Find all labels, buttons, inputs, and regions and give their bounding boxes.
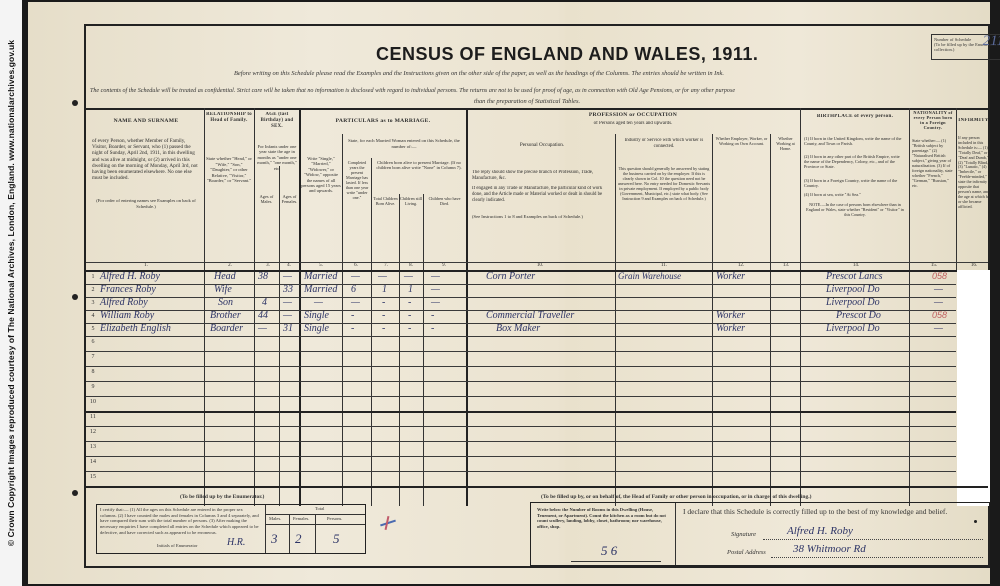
- relationship: Boarder: [210, 323, 243, 334]
- confidential-line: The contents of the Schedule will be tre…: [90, 88, 735, 94]
- relationship: Head: [214, 271, 236, 282]
- total-males: 3: [271, 531, 278, 547]
- col-nationality-desc: State whether:— (1) "British subject by …: [912, 138, 954, 188]
- col-personal-desc-3: (See Instructions 1 to 8 and Examples on…: [472, 214, 612, 220]
- confidential-line-2: than the preparation of Statistical Tabl…: [474, 98, 580, 105]
- col-relationship-desc: State whether "Head," or "Wife," "Son," …: [206, 156, 252, 184]
- relationship: Wife: [214, 284, 232, 295]
- employment-status: Worker: [716, 323, 745, 334]
- col-marriage-status-desc: Write "Single," "Married," "Widower," or…: [301, 156, 341, 194]
- birthplace: Prescot Lancs: [826, 271, 883, 282]
- col-infirmity-title: INFIRMITY.: [958, 118, 990, 124]
- col-marriage-women-desc: State, for each Married Woman entered on…: [344, 138, 464, 149]
- copyright-notice: © Crown Copyright Images reproduced cour…: [6, 40, 16, 546]
- col-employer: Whether Employer, Worker, or Working on …: [714, 136, 769, 146]
- enumerator-certify: I certify that:— (1) All the ages on thi…: [100, 507, 260, 536]
- instruction-line: Before writing on this Schedule please r…: [234, 70, 724, 77]
- col-relationship-title: RELATIONSHIP to Head of Family.: [206, 112, 252, 124]
- col-children-died: Children who have Died.: [424, 196, 465, 206]
- copyright-sidebar: © Crown Copyright Images reproduced cour…: [0, 0, 22, 586]
- employment-status: Worker: [716, 271, 745, 282]
- col-marriage-years-desc: Completed years the present Marriage has…: [343, 160, 371, 200]
- enumerator-heading: (To be filled up by the Enumerator.): [180, 494, 264, 500]
- nationality-code: 058: [932, 310, 947, 320]
- col-nationality-title: NATIONALITY of every Person born in a Fo…: [911, 110, 955, 131]
- age-female: —: [283, 271, 292, 282]
- col-industry: Industry or Service with which worker is…: [617, 138, 711, 150]
- occupation: Box Maker: [496, 323, 540, 334]
- col-birthplace-note: NOTE.—In the case of persons born elsewh…: [804, 202, 906, 217]
- occupier-box: Write below the Number of Rooms in this …: [530, 502, 990, 566]
- birthplace: Liverpool Do: [826, 323, 880, 334]
- col-birthplace-desc-4: (4) If born at sea, write "At Sea.": [804, 192, 906, 197]
- schedule-number-box: Number of Schedule (To be filled up by t…: [931, 34, 1000, 60]
- nationality-code: 058: [932, 271, 947, 281]
- marital-status: —: [314, 297, 323, 308]
- col-industry-desc: This question should generally be answer…: [617, 166, 711, 201]
- total-females: 2: [295, 531, 302, 547]
- col-age-females: Ages of Females.: [280, 194, 299, 205]
- occupier-heading: (To be filled up by, or on behalf of, th…: [541, 494, 811, 500]
- occupation: Commercial Traveller: [486, 310, 574, 321]
- infirmity-redaction: [957, 270, 990, 506]
- person-name: William Roby: [100, 310, 154, 321]
- signature: Alfred H. Roby: [787, 525, 853, 537]
- occupation: Corn Porter: [486, 271, 535, 282]
- census-schedule-paper: CENSUS OF ENGLAND AND WALES, 1911. Befor…: [28, 2, 990, 584]
- punch-hole-icon: [72, 294, 78, 300]
- marital-status: Single: [304, 310, 329, 321]
- enumerator-initials: H.R.: [227, 537, 245, 548]
- person-name: Frances Roby: [100, 284, 156, 295]
- col-personal-desc-1: The reply should show the precise branch…: [472, 170, 612, 182]
- postal-address: 38 Whitmoor Rd: [793, 543, 866, 555]
- person-name: Alfred Roby: [100, 297, 148, 308]
- header-divider: [86, 108, 988, 110]
- total-persons: 5: [333, 531, 340, 547]
- rooms-count: 5 6: [601, 543, 617, 559]
- person-name: Elizabeth English: [100, 323, 171, 334]
- punch-hole-icon: [72, 100, 78, 106]
- age-female: 33: [283, 284, 293, 295]
- col-home: Whether Working at Home.: [772, 136, 799, 151]
- col-age-males: Ages of Males.: [255, 194, 278, 205]
- birthplace: Liverpool Do: [826, 297, 880, 308]
- schedule-frame: CENSUS OF ENGLAND AND WALES, 1911. Befor…: [84, 24, 990, 568]
- age-male: 4: [262, 297, 267, 308]
- punch-hole-icon: [72, 490, 78, 496]
- col-birthplace-desc-1: (1) If born in the United Kingdom, write…: [804, 136, 906, 146]
- industry: Grain Warehouse: [618, 271, 681, 281]
- col-occupation-title: PROFESSION or OCCUPATION: [468, 112, 798, 119]
- schedule-number-value: 211: [983, 33, 1000, 50]
- age-female: —: [283, 310, 292, 321]
- age-female: 31: [283, 323, 293, 334]
- col-age-desc: For Infants under one year state the age…: [256, 144, 298, 171]
- col-age-title: AGE (last Birthday) and SEX.: [256, 112, 298, 129]
- relationship: Brother: [210, 310, 241, 321]
- col-name-desc: of every Person, whether Member of Famil…: [92, 138, 200, 182]
- age-female: —: [283, 297, 292, 308]
- col-personal-occupation: Personal Occupation.: [470, 142, 614, 148]
- col-marriage-title: PARTICULARS as to MARRIAGE.: [302, 118, 464, 125]
- page-title: CENSUS OF ENGLAND AND WALES, 1911.: [376, 44, 758, 65]
- col-personal-desc-2: If engaged in any Trade or Manufacture, …: [472, 186, 612, 203]
- age-male: 38: [258, 271, 268, 282]
- relationship: Son: [218, 297, 233, 308]
- col-name-title: NAME AND SURNAME: [96, 118, 196, 125]
- person-name: Alfred H. Roby: [100, 271, 160, 282]
- marital-status: Married: [304, 271, 337, 282]
- col-birthplace-desc-3: (3) If born in a Foreign Country, write …: [804, 178, 906, 188]
- col-marriage-children-desc: Children born alive to present Marriage.…: [373, 160, 465, 171]
- col-birthplace-desc-2: (2) If born in any other part of the Bri…: [804, 154, 906, 169]
- col-infirmity-desc: If any person included in this Schedule …: [958, 136, 990, 210]
- col-name-note: (For order of entering names see Example…: [92, 198, 200, 209]
- birthplace: Prescot Do: [836, 310, 881, 321]
- enumerator-box: I certify that:— (1) All the ages on thi…: [96, 504, 366, 554]
- col-children-total: Total Children Born Alive.: [373, 196, 398, 206]
- col-birthplace-title: BIRTHPLACE of every person.: [802, 114, 908, 120]
- employment-status: Worker: [716, 310, 745, 321]
- declaration: I declare that this Schedule is correctl…: [683, 507, 947, 516]
- col-occupation-subtitle: of Persons aged ten years and upwards.: [468, 121, 798, 127]
- col-children-living: Children still Living.: [400, 196, 422, 206]
- age-male: —: [258, 323, 267, 334]
- marital-status: Married: [304, 284, 337, 295]
- age-male: 44: [258, 310, 268, 321]
- rooms-desc: Write below the Number of Rooms in this …: [537, 507, 673, 530]
- birthplace: Liverpool Do: [826, 284, 880, 295]
- marital-status: Single: [304, 323, 329, 334]
